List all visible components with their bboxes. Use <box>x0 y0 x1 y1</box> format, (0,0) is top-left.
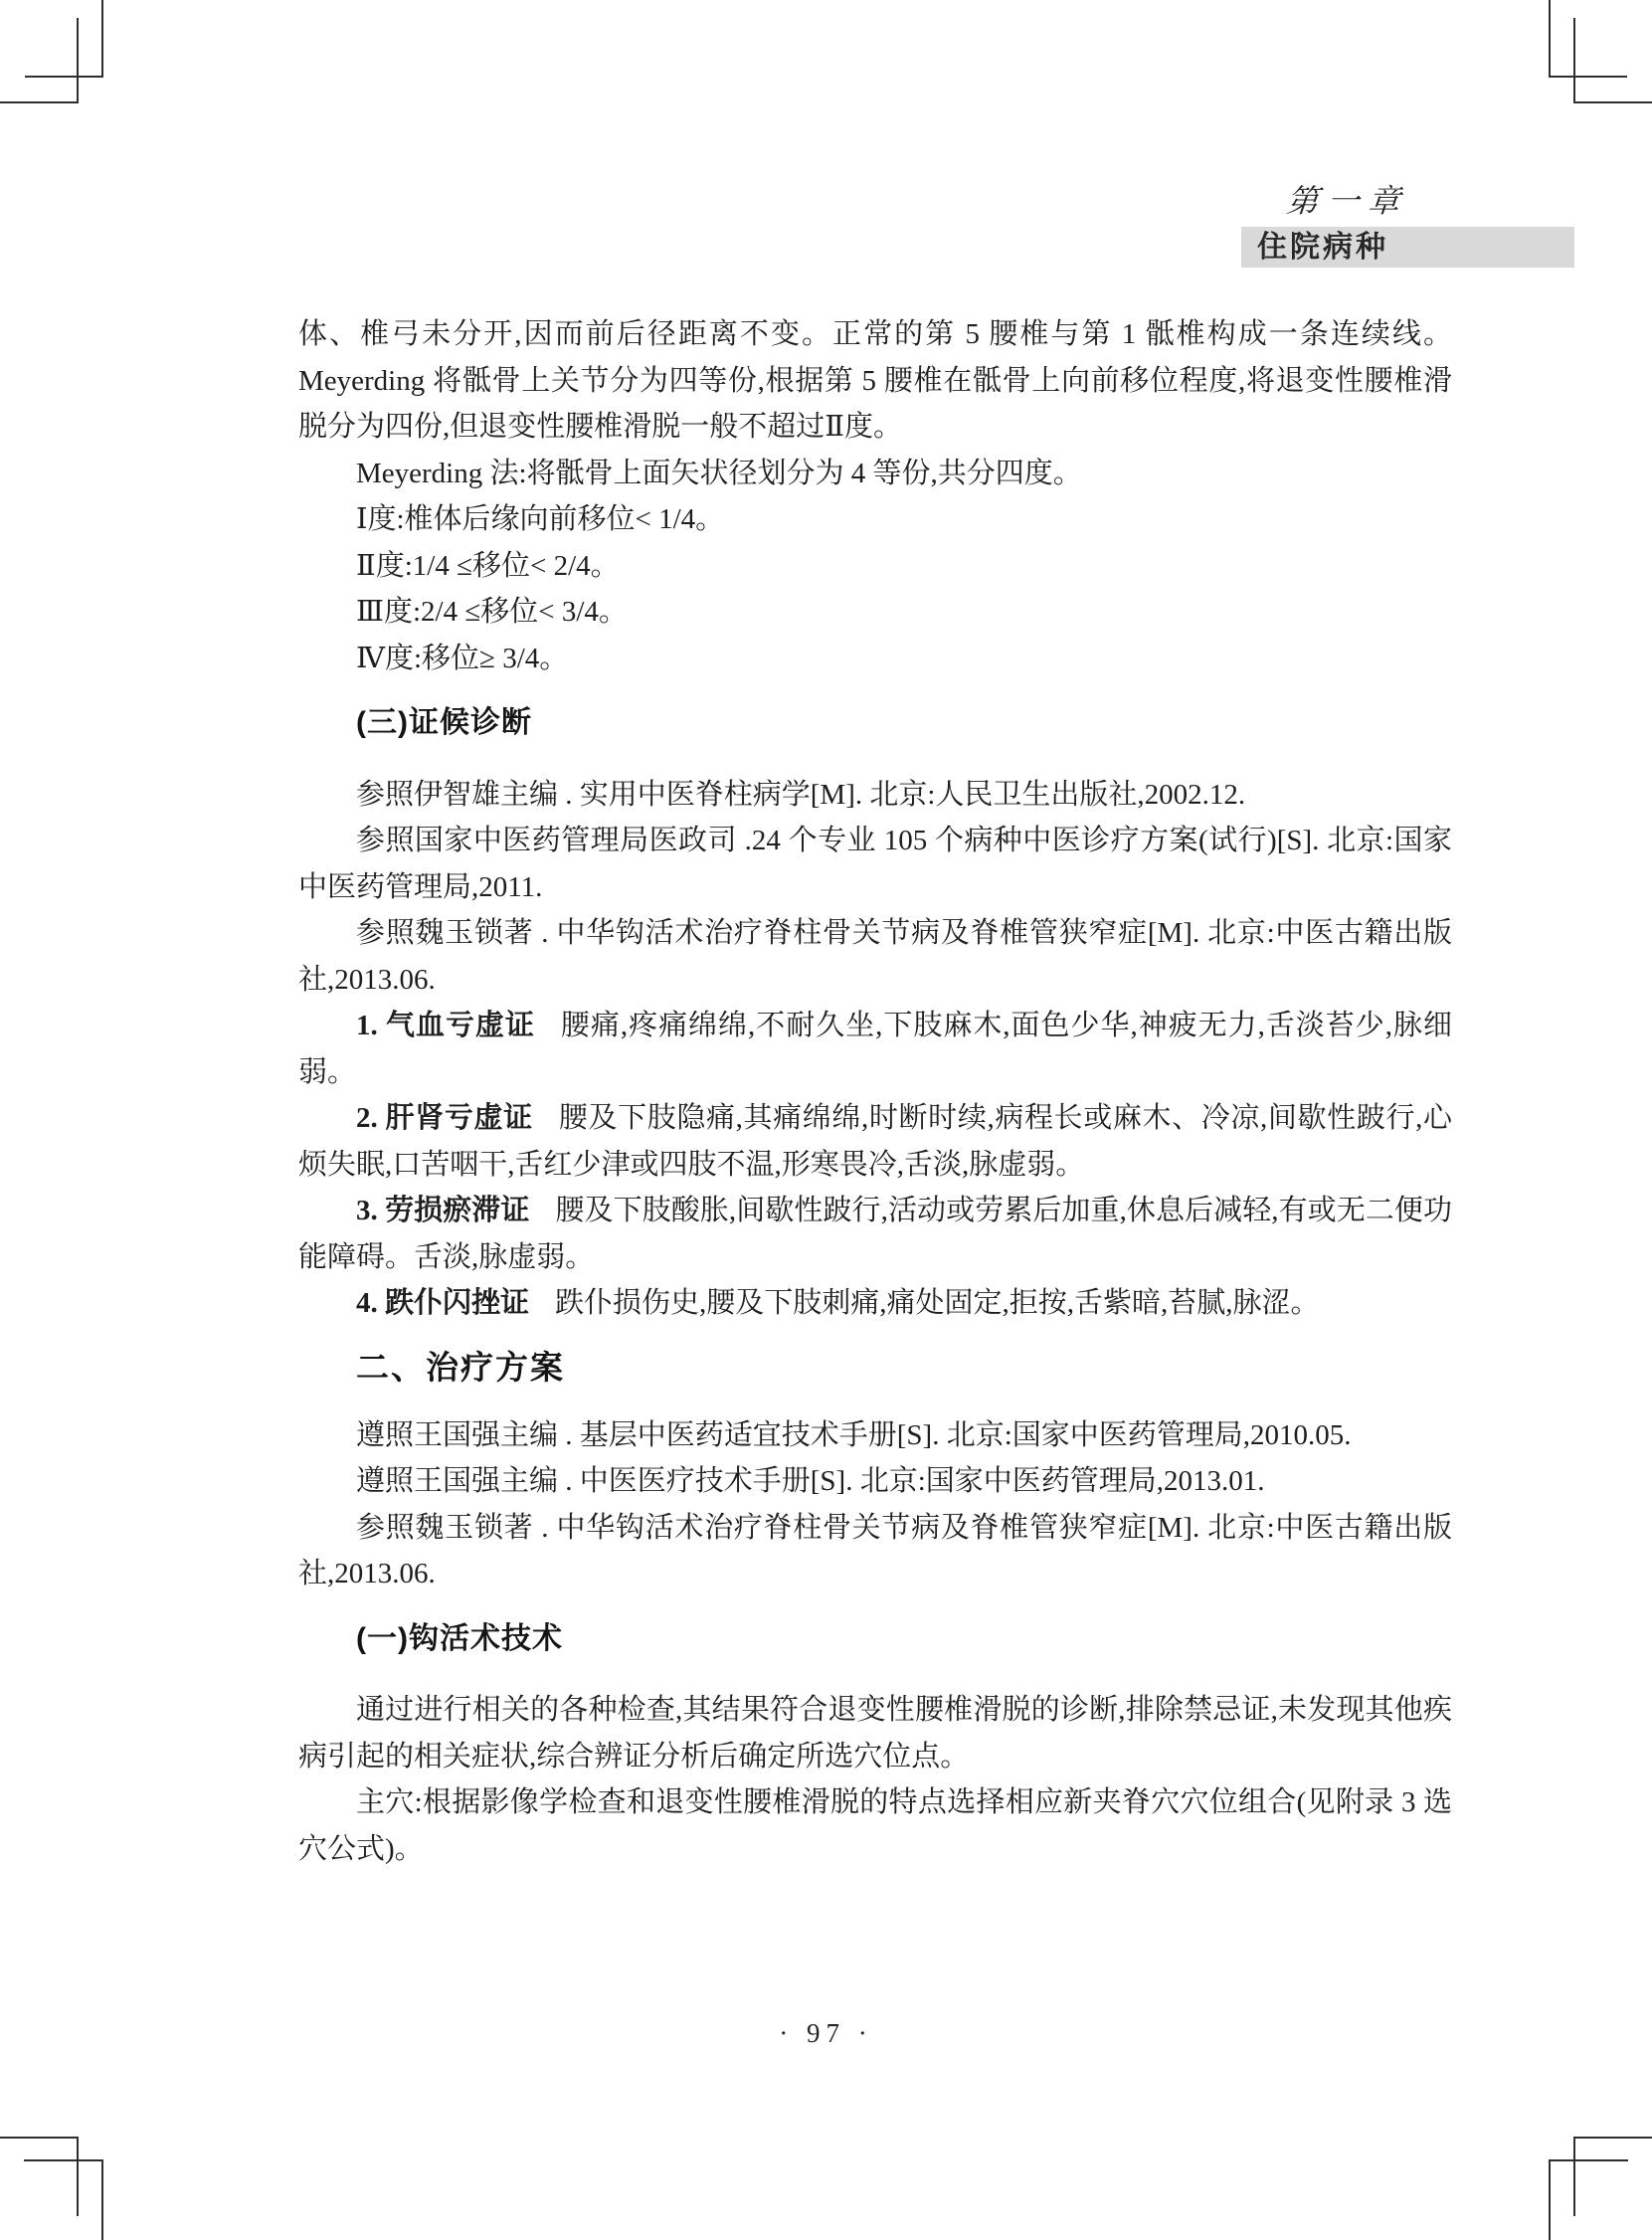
body-paragraph: 体、椎弓未分开,因而前后径距离不变。正常的第 5 腰椎与第 1 骶椎构成一条连续… <box>298 311 1452 451</box>
body-paragraph: 遵照王国强主编 . 中医医疗技术手册[S]. 北京:国家中医药管理局,2013.… <box>298 1458 1452 1505</box>
numbered-clause: 2. 肝肾亏虚证腰及下肢隐痛,其痛绵绵,时断时续,病程长或麻木、冷凉,间歇性跛行… <box>298 1095 1452 1188</box>
body-paragraph: 通过进行相关的各种检查,其结果符合退变性腰椎滑脱的诊断,排除禁忌证,未发现其他疾… <box>298 1687 1452 1779</box>
document-body: 体、椎弓未分开,因而前后径距离不变。正常的第 5 腰椎与第 1 骶椎构成一条连续… <box>298 311 1452 1872</box>
crop-mark <box>1549 2159 1551 2240</box>
crop-mark <box>1549 0 1551 78</box>
body-paragraph: Ⅰ度:椎体后缘向前移位< 1/4。 <box>298 496 1452 543</box>
section-heading: 二、治疗方案 <box>298 1343 1452 1393</box>
chapter-title-bar: 住院病种 <box>1241 227 1574 268</box>
chapter-title: 住院病种 <box>1241 227 1574 268</box>
crop-mark <box>1573 2137 1652 2139</box>
body-paragraph: 参照魏玉锁著 . 中华钩活术治疗脊柱骨关节病及脊椎管狭窄症[M]. 北京:中医古… <box>298 1505 1452 1597</box>
crop-mark <box>0 2137 79 2139</box>
numbered-clause: 4. 跌仆闪挫证跌仆损伤史,腰及下肢刺痛,痛处固定,拒按,舌紫暗,苔腻,脉涩。 <box>298 1280 1452 1327</box>
clause-lead: 4. 跌仆闪挫证 <box>356 1287 529 1319</box>
crop-mark <box>1549 2159 1628 2161</box>
numbered-clause: 3. 劳损瘀滞证腰及下肢酸胀,间歇性跛行,活动或劳累后加重,休息后减轻,有或无二… <box>298 1188 1452 1280</box>
body-paragraph: 参照伊智雄主编 . 实用中医脊柱病学[M]. 北京:人民卫生出版社,2002.1… <box>298 772 1452 819</box>
body-paragraph: 参照魏玉锁著 . 中华钩活术治疗脊柱骨关节病及脊椎管狭窄症[M]. 北京:中医古… <box>298 910 1452 1003</box>
crop-mark <box>77 2137 79 2216</box>
body-paragraph: Meyerding 法:将骶骨上面矢状径划分为 4 等份,共分四度。 <box>298 451 1452 497</box>
body-paragraph: 遵照王国强主编 . 基层中医药适宜技术手册[S]. 北京:国家中医药管理局,20… <box>298 1412 1452 1459</box>
body-paragraph: Ⅱ度:1/4 ≤移位< 2/4。 <box>298 543 1452 590</box>
crop-mark <box>1573 101 1652 103</box>
subsection-heading: (一)钩活术技术 <box>298 1616 1452 1663</box>
crop-mark <box>24 2159 103 2161</box>
crop-mark <box>1549 76 1627 78</box>
crop-mark <box>101 2159 103 2240</box>
body-paragraph: 主穴:根据影像学检查和退变性腰椎滑脱的特点选择相应新夹脊穴穴位组合(见附录 3 … <box>298 1779 1452 1872</box>
crop-mark <box>77 18 79 103</box>
clause-lead: 2. 肝肾亏虚证 <box>356 1102 533 1134</box>
crop-mark <box>0 101 79 103</box>
crop-mark <box>1573 18 1575 103</box>
book-page: 第一章 住院病种 体、椎弓未分开,因而前后径距离不变。正常的第 5 腰椎与第 1… <box>0 0 1652 2240</box>
body-paragraph: 参照国家中医药管理局医政司 .24 个专业 105 个病种中医诊疗方案(试行)[… <box>298 818 1452 910</box>
chapter-number: 第一章 <box>1246 183 1448 219</box>
body-paragraph: Ⅲ度:2/4 ≤移位< 3/4。 <box>298 589 1452 636</box>
page-number: · 97 · <box>0 2017 1652 2049</box>
body-paragraph: Ⅳ度:移位≥ 3/4。 <box>298 636 1452 682</box>
numbered-clause: 1. 气血亏虚证腰痛,疼痛绵绵,不耐久坐,下肢麻木,面色少华,神疲无力,舌淡苔少… <box>298 1003 1452 1095</box>
crop-mark <box>1573 2137 1575 2216</box>
clause-lead: 3. 劳损瘀滞证 <box>356 1195 529 1226</box>
crop-mark <box>101 0 103 78</box>
clause-lead: 1. 气血亏虚证 <box>356 1010 535 1041</box>
crop-mark <box>25 76 103 78</box>
subsection-heading: (三)证候诊断 <box>298 700 1452 747</box>
